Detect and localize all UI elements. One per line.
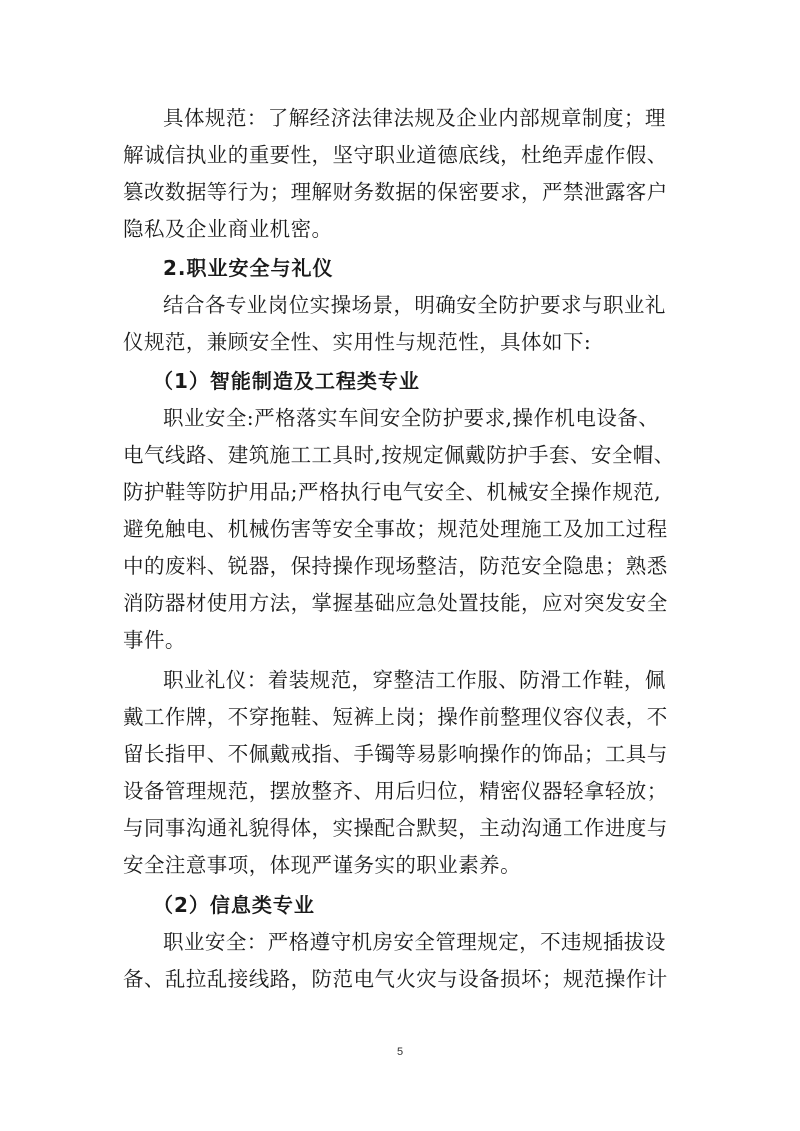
paragraph-line: 戴工作牌，不穿拖鞋、短裤上岗；操作前整理仪容仪表，不 <box>123 699 800 736</box>
paragraph-line: 备、乱拉乱接线路，防范电气火灾与设备损坏；规范操作计 <box>123 961 800 998</box>
paragraph-line: 具体规范：了解经济法律法规及企业内部规章制度；理 <box>163 100 800 137</box>
paragraph-line: 结合各专业岗位实操场景，明确安全防护要求与职业礼 <box>163 287 800 324</box>
paragraph-line: 中的废料、锐器，保持操作现场整洁，防范安全隐患；熟悉 <box>123 548 800 585</box>
subsection-heading: （1）智能制造及工程类专业 <box>153 363 800 400</box>
paragraph-line: 仪规范，兼顾安全性、实用性与规范性，具体如下: <box>123 324 800 361</box>
paragraph-line: 职业礼仪：着装规范，穿整洁工作服、防滑工作鞋，佩 <box>163 662 800 699</box>
paragraph-line: 防护鞋等防护用品;严格执行电气安全、机械安全操作规范, <box>123 474 800 511</box>
paragraph-line: 篡改数据等行为；理解财务数据的保密要求，严禁泄露客户 <box>123 174 800 211</box>
paragraph-line: 解诚信执业的重要性，坚守职业道德底线，杜绝弄虚作假、 <box>123 137 800 174</box>
paragraph-line: 隐私及企业商业机密。 <box>123 211 800 248</box>
subsection-heading: （2）信息类专业 <box>153 887 800 924</box>
paragraph-line: 消防器材使用方法，掌握基础应急处置技能，应对突发安全 <box>123 585 800 622</box>
page-number: 5 <box>0 1046 800 1058</box>
paragraph-line: 与同事沟通礼貌得体，实操配合默契，主动沟通工作进度与 <box>123 810 800 847</box>
paragraph-line: 安全注意事项，体现严谨务实的职业素养。 <box>123 847 800 884</box>
section-heading: 2.职业安全与礼仪 <box>163 250 800 287</box>
paragraph-line: 留长指甲、不佩戴戒指、手镯等易影响操作的饰品；工具与 <box>123 736 800 773</box>
paragraph-line: 设备管理规范，摆放整齐、用后归位，精密仪器轻拿轻放； <box>123 773 800 810</box>
paragraph-line: 事件。 <box>123 622 800 659</box>
paragraph-line: 职业安全：严格遵守机房安全管理规定，不违规插拔设 <box>163 924 800 961</box>
paragraph-line: 职业安全:严格落实车间安全防护要求,操作机电设备、 <box>163 400 800 437</box>
paragraph-line: 避免触电、机械伤害等安全事故；规范处理施工及加工过程 <box>123 511 800 548</box>
paragraph-line: 电气线路、建筑施工工具时,按规定佩戴防护手套、安全帽、 <box>123 437 800 474</box>
